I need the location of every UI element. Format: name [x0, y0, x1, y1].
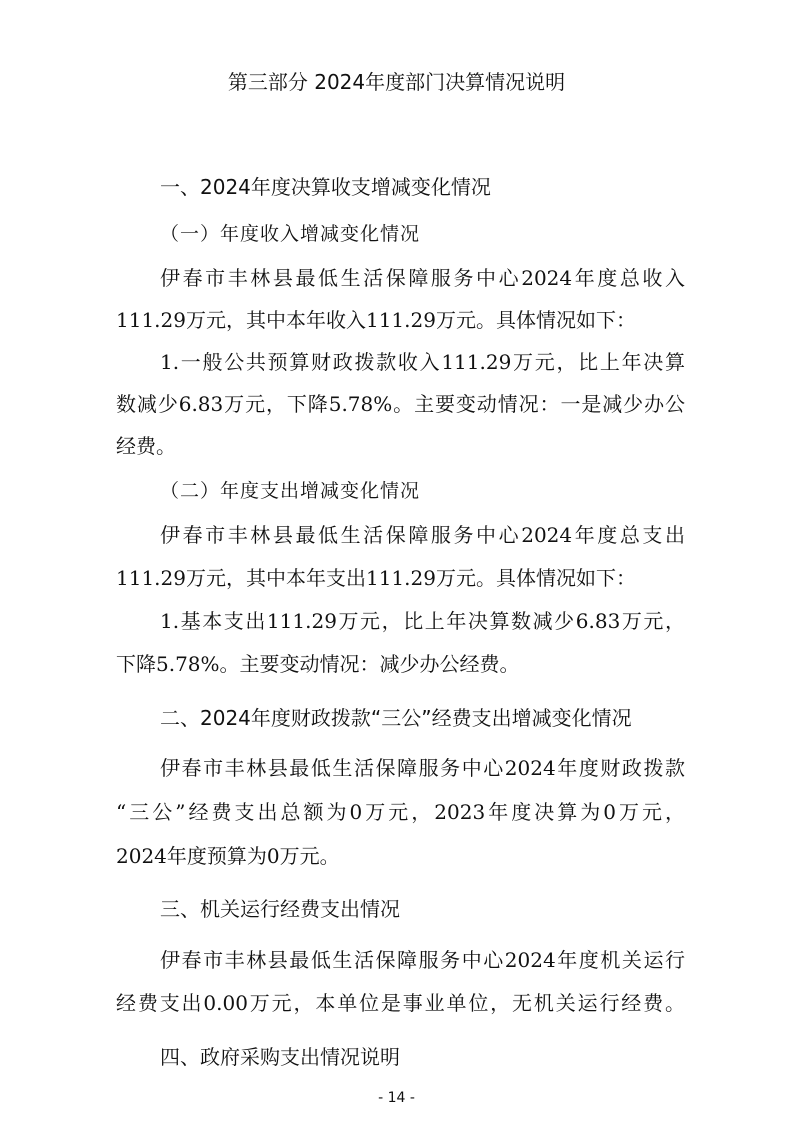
paragraph-line: 经费支出0.00万元，本单位是事业单位，无机关运行经费。 — [116, 987, 685, 1016]
paragraph-line: 1.基本支出111.29万元，比上年决算数减少6.83万元， — [160, 605, 685, 634]
section-heading-4: 四、政府采购支出情况说明 — [160, 1041, 400, 1070]
paragraph-line: 伊春市丰林县最低生活保障服务中心2024年度总支出 — [160, 519, 685, 548]
paragraph-line: 数减少6.83万元，下降5.78%。主要变动情况：一是减少办公 — [116, 388, 685, 417]
paragraph-line: 伊春市丰林县最低生活保障服务中心2024年度总收入 — [160, 262, 685, 291]
subsection-heading-expense: （二）年度支出增减变化情况 — [160, 476, 420, 503]
section-heading-3: 三、机关运行经费支出情况 — [160, 893, 400, 922]
section-heading-1: 一、2024年度决算收支增减变化情况 — [160, 171, 491, 200]
paragraph-line: 下降5.78%。主要变动情况：减少办公经费。 — [116, 648, 520, 677]
page-title: 第三部分 2024年度部门决算情况说明 — [0, 66, 793, 95]
paragraph-line: 1.一般公共预算财政拨款收入111.29万元，比上年决算 — [160, 346, 685, 375]
paragraph-line: “三公”经费支出总额为0万元，2023年度决算为0万元， — [116, 796, 685, 825]
paragraph-line: 2024年度预算为0万元。 — [116, 840, 340, 869]
subsection-heading-income: （一）年度收入增减变化情况 — [160, 219, 420, 246]
page-number: - 14 - — [0, 1090, 793, 1106]
paragraph-line: 伊春市丰林县最低生活保障服务中心2024年度机关运行 — [160, 944, 685, 973]
paragraph-line: 111.29万元，其中本年支出111.29万元。具体情况如下： — [116, 562, 636, 591]
section-heading-2: 二、2024年度财政拨款“三公”经费支出增减变化情况 — [160, 702, 632, 731]
paragraph-line: 经费。 — [116, 430, 176, 459]
paragraph-line: 伊春市丰林县最低生活保障服务中心2024年度财政拨款 — [160, 752, 685, 781]
paragraph-line: 111.29万元，其中本年收入111.29万元。具体情况如下： — [116, 304, 636, 333]
